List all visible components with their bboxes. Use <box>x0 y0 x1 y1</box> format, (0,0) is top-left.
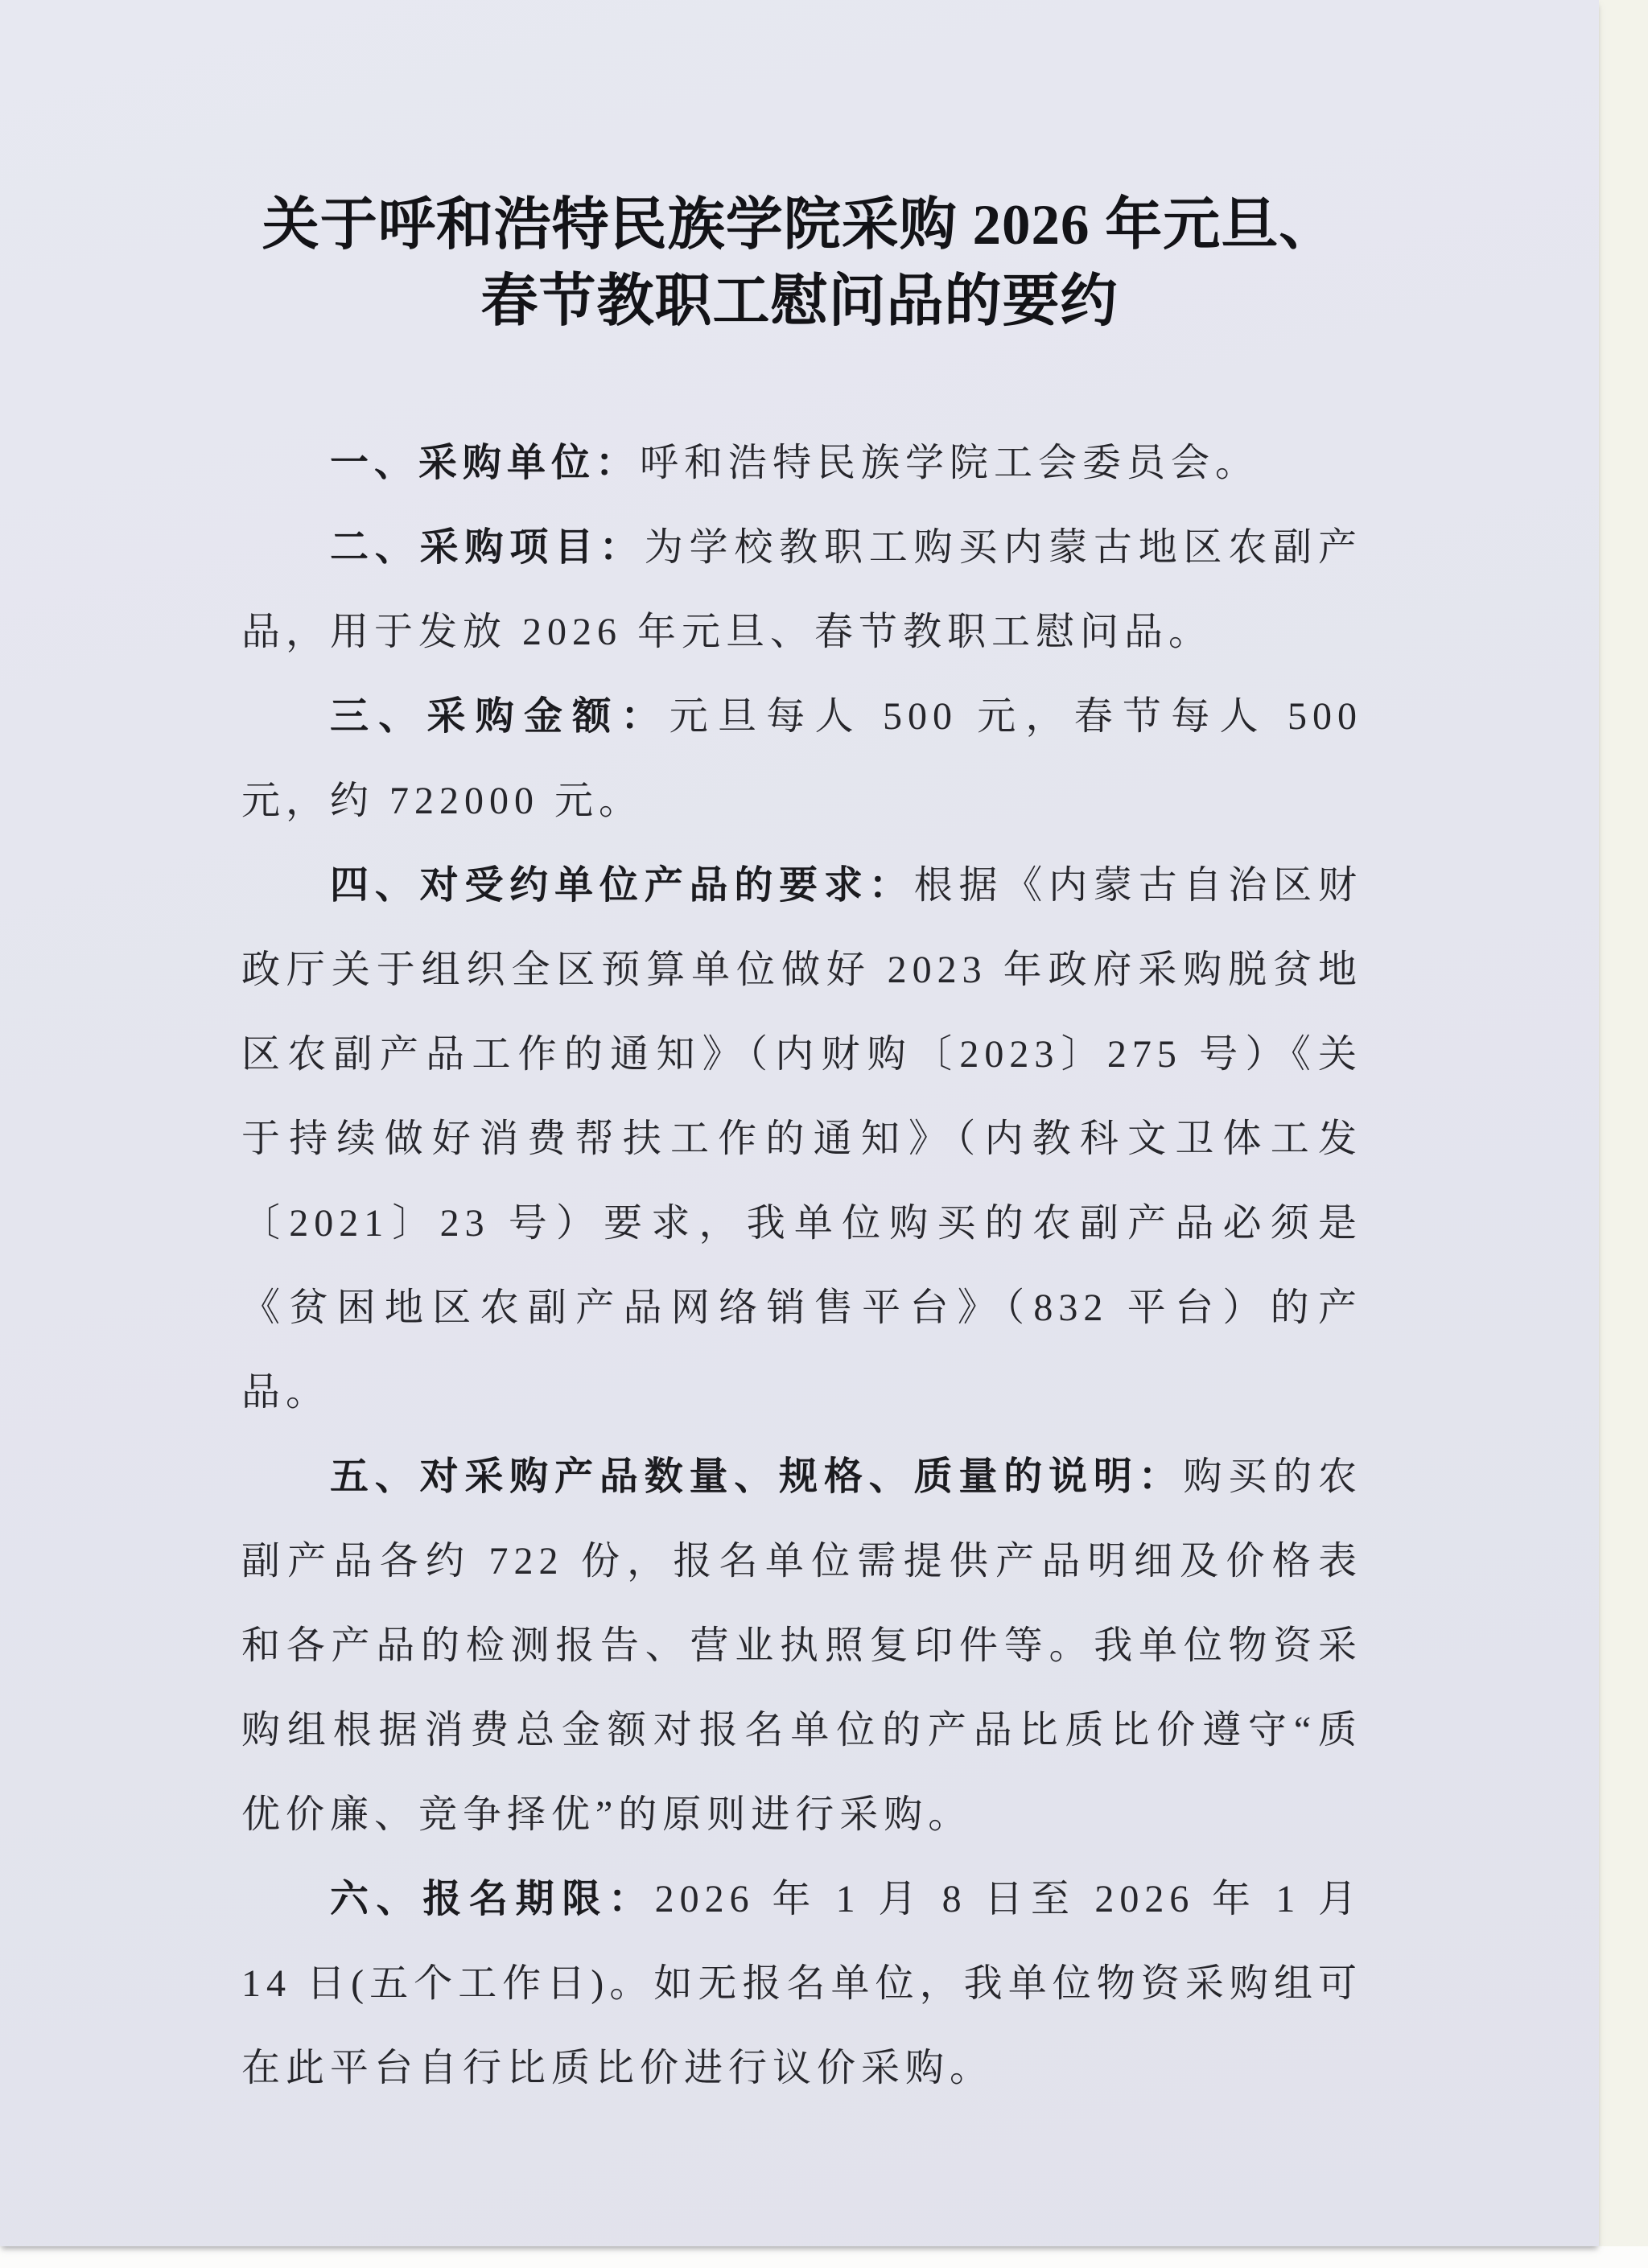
section-paragraph-project: 二、采购项目：为学校教职工购买内蒙古地区农副产品，用于发放 2026 年元旦、春… <box>241 505 1362 674</box>
section-text: 购买的农副产品各约 722 份，报名单位需提供产品明细及价格表和各产品的检测报告… <box>241 1455 1362 1836</box>
section-label: 二、采购项目： <box>330 526 645 569</box>
scanner-background-right <box>1599 0 1648 2246</box>
section-paragraph-amount: 三、采购金额：元旦每人 500 元，春节每人 500 元，约 722000 元。 <box>241 674 1362 843</box>
section-label: 三、采购金额： <box>330 695 669 738</box>
section-label: 一、采购单位： <box>330 442 640 484</box>
section-paragraph-registration-deadline: 六、报名期限：2026 年 1 月 8 日至 2026 年 1 月 14 日(五… <box>241 1857 1362 2110</box>
scanned-page: 关于呼和浩特民族学院采购 2026 年元旦、 春节教职工慰问品的要约 一、采购单… <box>0 0 1599 2246</box>
section-text: 根据《内蒙古自治区财政厅关于组织全区预算单位做好 2023 年政府采购脱贫地区农… <box>241 864 1362 1414</box>
document-title-line2: 春节教职工慰问品的要约 <box>0 264 1599 340</box>
section-paragraph-purchaser: 一、采购单位：呼和浩特民族学院工会委员会。 <box>241 421 1362 505</box>
section-paragraph-product-requirements: 四、对受约单位产品的要求：根据《内蒙古自治区财政厅关于组织全区预算单位做好 20… <box>241 843 1362 1434</box>
section-text: 呼和浩特民族学院工会委员会。 <box>640 442 1259 484</box>
section-label: 四、对受约单位产品的要求： <box>330 864 914 907</box>
section-label: 五、对采购产品数量、规格、质量的说明： <box>330 1455 1184 1498</box>
section-label: 六、报名期限： <box>330 1878 655 1920</box>
scanner-background-bottom <box>0 2246 1648 2268</box>
section-paragraph-quantity-spec-quality: 五、对采购产品数量、规格、质量的说明：购买的农副产品各约 722 份，报名单位需… <box>241 1434 1362 1857</box>
document-title-line1: 关于呼和浩特民族学院采购 2026 年元旦、 <box>0 187 1599 264</box>
document-body: 一、采购单位：呼和浩特民族学院工会委员会。 二、采购项目：为学校教职工购买内蒙古… <box>0 421 1599 2110</box>
document-title: 关于呼和浩特民族学院采购 2026 年元旦、 春节教职工慰问品的要约 <box>0 0 1599 340</box>
